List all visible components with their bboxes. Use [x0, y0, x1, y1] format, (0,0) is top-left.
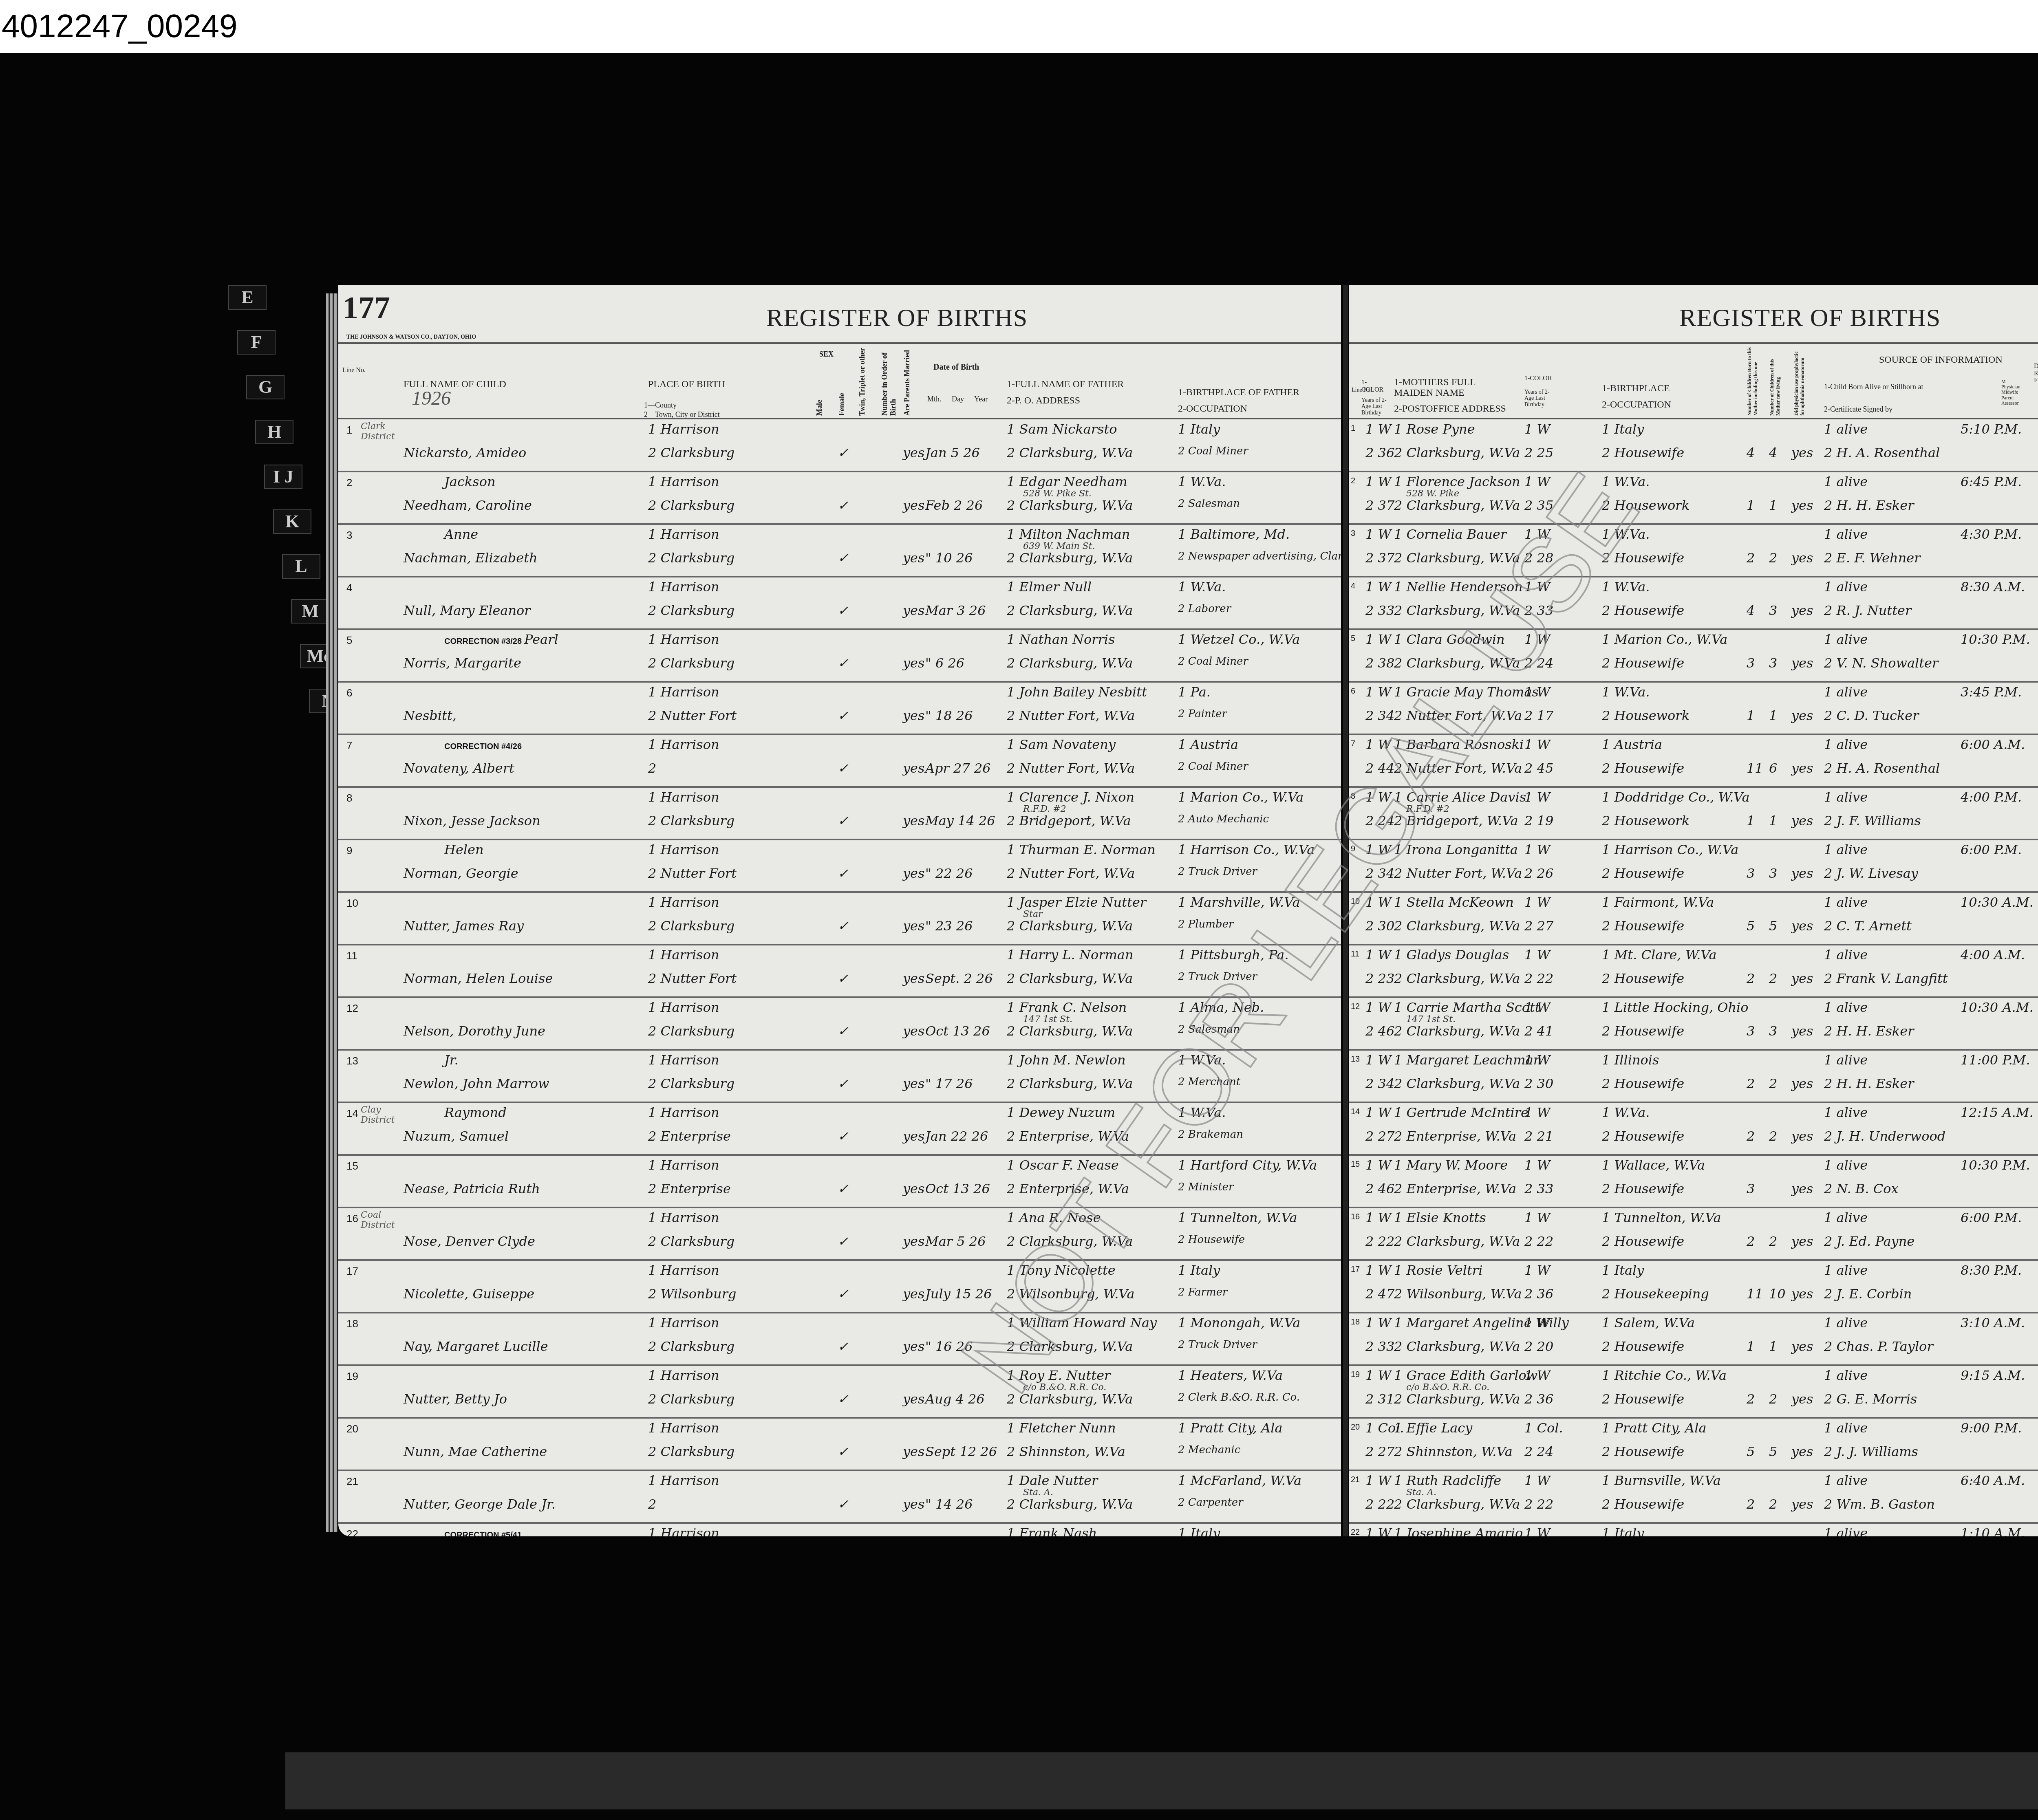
- mother-birthplace: 1 Illinois: [1602, 1052, 1659, 1076]
- mother-color: 1 W: [1524, 1473, 1550, 1496]
- mother-address: 2 Enterprise, W.Va: [1394, 1128, 1516, 1152]
- birth-time: 8:30 P.M.: [1961, 1263, 2022, 1286]
- mother-color: 1 W: [1524, 1157, 1550, 1181]
- birth-status: 1 alive: [1824, 527, 1868, 550]
- prophylactic-used: yes: [1791, 1128, 1813, 1152]
- mother-occupation: 2 Housewife: [1602, 655, 1684, 679]
- father-address: 2 Nutter Fort, W.Va: [1007, 866, 1135, 889]
- birth-status: 1 alive: [1824, 1052, 1868, 1076]
- prophylactic-used: yes: [1791, 708, 1813, 732]
- table-row: 101 W2 301 Stella McKeown2 Clarksburg, W…: [1349, 893, 2038, 945]
- date-of-birth: Mar 3 26: [925, 603, 986, 626]
- birth-status: 1 alive: [1824, 1315, 1868, 1339]
- prophylactic-used: yes: [1791, 655, 1813, 679]
- table-row: 31 W2 371 Cornelia Bauer2 Clarksburg, W.…: [1349, 525, 2038, 577]
- parents-married: yes: [903, 708, 924, 732]
- prophylactic-used: yes: [1791, 1286, 1813, 1310]
- line-number: 7: [1351, 739, 1355, 749]
- female-check-icon: ✓: [838, 918, 849, 942]
- mother-birthplace: 1 Harrison Co., W.Va: [1602, 842, 1738, 866]
- mother-age: 2 22: [1524, 1234, 1553, 1257]
- mother-color: 1 W: [1524, 1315, 1550, 1339]
- birth-time: 11:00 P.M.: [1961, 1052, 2030, 1076]
- children-born: 5: [1747, 1444, 1755, 1467]
- birth-town: 2 Clarksburg: [648, 918, 734, 942]
- parents-married: yes: [903, 866, 924, 889]
- mother-birthplace: 1 Wallace, W.Va: [1602, 1157, 1705, 1181]
- father-color: 1 W: [1365, 1052, 1391, 1076]
- certificate-signer: 2 V. N. Showalter: [1824, 655, 1938, 679]
- children-living: 4: [1769, 445, 1777, 469]
- line-number: 13: [346, 1055, 358, 1067]
- prophylactic-used: yes: [1791, 550, 1813, 574]
- birth-status: 1 alive: [1824, 421, 1868, 445]
- birth-town: 2 Enterprise: [648, 1128, 731, 1152]
- birth-town: 2: [648, 760, 656, 784]
- child-name-note: Helen: [444, 842, 484, 866]
- child-name: Needham, Caroline: [404, 498, 532, 521]
- birth-county: 1 Harrison: [648, 1315, 719, 1339]
- register-year: 1926: [412, 387, 451, 410]
- mother-name: 1 Margaret Leachman: [1394, 1052, 1542, 1076]
- mother-address: 2 Clarksburg, W.Va: [1394, 1234, 1520, 1257]
- date-of-birth: Oct 13 26: [925, 1023, 990, 1047]
- mother-name: 1 Effie Lacy: [1394, 1420, 1472, 1444]
- table-row: 18Nay, Margaret Lucille1 Harrison2 Clark…: [338, 1313, 1341, 1366]
- index-tab[interactable]: E: [228, 285, 267, 310]
- index-tab[interactable]: M: [291, 599, 329, 624]
- birth-time: 10:30 A.M.: [1961, 1000, 2034, 1023]
- table-row: 16Coal DistrictNose, Denver Clyde1 Harri…: [338, 1208, 1341, 1261]
- certificate-signer: 2 C. D. Tucker: [1824, 708, 1919, 732]
- line-number: 8: [346, 792, 352, 804]
- prophylactic-used: yes: [1791, 813, 1813, 837]
- birth-time: 6:45 P.M.: [1961, 474, 2022, 498]
- child-name-note: Jackson: [444, 474, 496, 498]
- father-birthplace: 1 Italy: [1178, 1263, 1220, 1286]
- birth-county: 1 Harrison: [648, 1157, 719, 1181]
- birth-time: 6:00 A.M.: [1961, 737, 2025, 760]
- district-label: Clay District: [361, 1105, 397, 1128]
- father-birthplace: 1 W.Va.: [1178, 579, 1226, 603]
- children-born: 2: [1747, 971, 1755, 994]
- father-age: 2 22: [1365, 1496, 1394, 1520]
- line-number: 14: [346, 1107, 358, 1120]
- birth-county: 1 Harrison: [648, 789, 719, 813]
- mother-address: 2 Clarksburg, W.Va: [1394, 1076, 1520, 1099]
- mother-color: 1 W: [1524, 1263, 1550, 1286]
- prophylactic-used: yes: [1791, 918, 1813, 942]
- children-born: 1: [1747, 1339, 1755, 1362]
- mother-color: 1 W: [1524, 789, 1550, 813]
- mother-name: 1 Rose Pyne: [1394, 421, 1475, 445]
- mother-address: 2 Wilsonburg, W.Va: [1394, 1286, 1522, 1310]
- child-name-note: Anne: [444, 527, 478, 550]
- birth-status: 1 alive: [1824, 1210, 1868, 1234]
- father-birthplace: 1 Pratt City, Ala: [1178, 1420, 1283, 1444]
- line-number: 12: [346, 1002, 358, 1015]
- children-born: 1: [1747, 708, 1755, 732]
- table-row: 2JacksonNeedham, Caroline1 Harrison2 Cla…: [338, 472, 1341, 525]
- birth-status: 1 alive: [1824, 1525, 1868, 1536]
- mother-age: 2 24: [1524, 1444, 1553, 1467]
- birth-town: 2 Clarksburg: [648, 1076, 734, 1099]
- certificate-signer: 2 G. E. Morris: [1824, 1391, 1917, 1415]
- children-living: 3: [1769, 655, 1777, 679]
- table-row: 4Null, Mary Eleanor1 Harrison2 Clarksbur…: [338, 577, 1341, 630]
- certificate-signer: 2 J. Ed. Payne: [1824, 1234, 1914, 1257]
- child-name-note: CORRECTION #5/41: [444, 1525, 524, 1536]
- father-color: 1 W: [1365, 1525, 1391, 1536]
- children-born: 4: [1747, 603, 1755, 626]
- date-of-birth: " 6 26: [925, 655, 964, 679]
- children-living: 3: [1769, 603, 1777, 626]
- line-number: 2: [1351, 476, 1355, 486]
- children-living: 2: [1769, 1391, 1777, 1415]
- father-age: 2 37: [1365, 498, 1394, 521]
- correction-stamp: CORRECTION #3/28: [444, 637, 522, 646]
- birth-county: 1 Harrison: [648, 1525, 719, 1536]
- birth-time: 10:30 P.M.: [1961, 1157, 2030, 1181]
- father-address: 2 Clarksburg, W.Va: [1007, 971, 1133, 994]
- prophylactic-used: yes: [1791, 445, 1813, 469]
- children-living: 2: [1769, 1234, 1777, 1257]
- date-of-birth: Sept. 2 26: [925, 971, 993, 994]
- table-row: 8Nixon, Jesse Jackson1 Harrison2 Clarksb…: [338, 788, 1341, 840]
- certificate-signer: 2 J. E. Corbin: [1824, 1286, 1912, 1310]
- mother-occupation: 2 Housewife: [1602, 1496, 1684, 1520]
- birth-county: 1 Harrison: [648, 579, 719, 603]
- certificate-signer: 2 H. A. Rosenthal: [1824, 760, 1940, 784]
- certificate-signer: 2 Wm. B. Gaston: [1824, 1496, 1935, 1520]
- mother-occupation: 2 Housewife: [1602, 1339, 1684, 1362]
- date-of-birth: May 14 26: [925, 813, 995, 837]
- index-tab[interactable]: G: [246, 375, 285, 399]
- birth-status: 1 alive: [1824, 1000, 1868, 1023]
- father-color: 1 W: [1365, 1000, 1391, 1023]
- father-birthplace: 1 Baltimore, Md.: [1178, 527, 1290, 550]
- mother-age: 2 45: [1524, 760, 1553, 784]
- father-address: 2 Clarksburg, W.Va: [1007, 498, 1133, 521]
- certificate-signer: 2 H. H. Esker: [1824, 498, 1914, 521]
- mother-color: 1 W: [1524, 1052, 1550, 1076]
- children-born: 3: [1747, 866, 1755, 889]
- father-occupation: 2 Newspaper advertising, Clarksburg W.Va: [1178, 550, 1341, 574]
- female-check-icon: ✓: [838, 866, 849, 889]
- father-birthplace: 1 Heaters, W.Va: [1178, 1368, 1283, 1391]
- children-born: 1: [1747, 498, 1755, 521]
- index-tab[interactable]: I J: [264, 465, 302, 489]
- line-number: 20: [1351, 1423, 1360, 1432]
- father-birthplace: 1 Tunnelton, W.Va: [1178, 1210, 1297, 1234]
- mother-birthplace: 1 Italy: [1602, 421, 1644, 445]
- mother-color: 1 W: [1524, 895, 1550, 918]
- female-check-icon: ✓: [838, 971, 849, 994]
- parents-married: yes: [903, 655, 924, 679]
- father-occupation: 2 Painter: [1178, 708, 1227, 732]
- certificate-signer: 2 Frank V. Langfitt: [1824, 971, 1948, 994]
- prophylactic-used: yes: [1791, 1181, 1813, 1205]
- mother-color: 1 Col.: [1524, 1420, 1563, 1444]
- female-check-icon: ✓: [838, 603, 849, 626]
- prophylactic-used: yes: [1791, 1023, 1813, 1047]
- header-female: Female: [838, 346, 846, 416]
- child-name-note: CORRECTION #4/26: [444, 737, 524, 760]
- father-name: 1 John M. Newlon: [1007, 1052, 1126, 1076]
- line-number: 6: [346, 687, 352, 699]
- father-color: 1 W: [1365, 474, 1391, 498]
- birth-status: 1 alive: [1824, 895, 1868, 918]
- prophylactic-used: yes: [1791, 1444, 1813, 1467]
- parents-married: yes: [903, 971, 924, 994]
- table-row: 10Nutter, James Ray1 Harrison2 Clarksbur…: [338, 893, 1341, 945]
- mother-age: 2 19: [1524, 813, 1553, 837]
- children-living: 3: [1769, 1023, 1777, 1047]
- mother-address: 2 Shinnston, W.Va: [1394, 1444, 1513, 1467]
- correction-stamp: CORRECTION #4/26: [444, 742, 522, 751]
- line-number: 5: [1351, 634, 1355, 643]
- female-check-icon: ✓: [838, 1391, 849, 1415]
- child-name: Nease, Patricia Ruth: [404, 1181, 540, 1205]
- children-living: 2: [1769, 1496, 1777, 1520]
- father-color: 1 W: [1365, 527, 1391, 550]
- mother-birthplace: 1 Italy: [1602, 1525, 1644, 1536]
- birth-county: 1 Harrison: [648, 1263, 719, 1286]
- mother-birthplace: 1 Mt. Clare, W.Va: [1602, 947, 1717, 971]
- line-number: 10: [346, 897, 358, 910]
- table-row: 6Nesbitt,1 Harrison2 Nutter Fort✓yes" 18…: [338, 683, 1341, 735]
- index-tab[interactable]: K: [273, 509, 311, 534]
- birth-town: 2 Wilsonburg: [648, 1286, 737, 1310]
- mother-occupation: 2 Housewife: [1602, 971, 1684, 994]
- date-of-birth: Oct 13 26: [925, 1181, 990, 1205]
- father-color: 1 W: [1365, 579, 1391, 603]
- table-row: 211 W2 221 Ruth RadcliffeSta. A.2 Clarks…: [1349, 1471, 2038, 1524]
- mother-occupation: 2 Housewife: [1602, 866, 1684, 889]
- father-age: 2 37: [1365, 550, 1394, 574]
- table-row: 181 W2 331 Margaret Angeline Willy2 Clar…: [1349, 1313, 2038, 1366]
- line-number: 1: [1351, 424, 1355, 433]
- birth-time: 4:00 A.M.: [1961, 947, 2025, 971]
- parents-married: yes: [903, 1339, 924, 1362]
- birth-time: 5:10 P.M.: [1961, 421, 2022, 445]
- father-name: 1 Elmer Null: [1007, 579, 1092, 603]
- children-living: 1: [1769, 708, 1777, 732]
- birth-town: 2 Clarksburg: [648, 1391, 734, 1415]
- certificate-signer: 2 H. H. Esker: [1824, 1023, 1914, 1047]
- birth-town: 2 Clarksburg: [648, 1339, 734, 1362]
- birth-time: 10:30 P.M.: [1961, 632, 2030, 655]
- birth-town: 2 Clarksburg: [648, 1234, 734, 1257]
- header-twin: Twin, Triplet or other: [858, 346, 867, 416]
- female-check-icon: ✓: [838, 760, 849, 784]
- birth-county: 1 Harrison: [648, 684, 719, 708]
- mother-name: 1 Stella McKeown: [1394, 895, 1514, 918]
- father-occupation: 2 Auto Mechanic: [1178, 813, 1269, 837]
- birth-time: 1:10 A.M.: [1961, 1525, 2025, 1536]
- father-address: 2 Clarksburg, W.Va: [1007, 1023, 1133, 1047]
- mother-color: 1 W: [1524, 737, 1550, 760]
- date-of-birth: Mar 5 26: [925, 1234, 986, 1257]
- line-number: 14: [1351, 1107, 1360, 1117]
- date-of-birth: Jan 5 26: [925, 445, 980, 469]
- father-occupation: 2 Housewife: [1178, 1234, 1245, 1257]
- mother-age: 2 26: [1524, 866, 1553, 889]
- child-name-note: Raymond: [444, 1105, 507, 1128]
- mother-age: 2 22: [1524, 971, 1553, 994]
- children-living: 3: [1769, 866, 1777, 889]
- child-name: Norman, Helen Louise: [404, 971, 553, 994]
- father-name: 1 Sam Nickarsto: [1007, 421, 1117, 445]
- index-tab[interactable]: F: [237, 330, 276, 355]
- child-name: Nesbitt,: [404, 708, 457, 732]
- children-living: 10: [1769, 1286, 1786, 1310]
- female-check-icon: ✓: [838, 1181, 849, 1205]
- certificate-signer: 2 J. W. Livesay: [1824, 866, 1918, 889]
- father-name: 1 Harry L. Norman: [1007, 947, 1134, 971]
- children-born: 2: [1747, 550, 1755, 574]
- mother-occupation: 2 Housewife: [1602, 1181, 1684, 1205]
- mother-color: 1 W: [1524, 421, 1550, 445]
- date-of-birth: " 17 26: [925, 1076, 973, 1099]
- children-born: 5: [1747, 918, 1755, 942]
- child-name: Norris, Margarite: [404, 655, 521, 679]
- right-page: 177 REGISTER OF BIRTHS Line No. 1-COLOR …: [1349, 285, 2038, 1536]
- children-living: 1: [1769, 1339, 1777, 1362]
- page-title: REGISTER OF BIRTHS: [1679, 304, 1941, 333]
- mother-address: 2 Clarksburg, W.Va: [1394, 445, 1520, 469]
- table-row: 151 W2 461 Mary W. Moore2 Enterprise, W.…: [1349, 1156, 2038, 1208]
- father-occupation: 2 Salesman: [1178, 498, 1240, 521]
- certificate-signer: 2 H. H. Esker: [1824, 1076, 1914, 1099]
- children-born: 2: [1747, 1234, 1755, 1257]
- child-name: Nicolette, Guiseppe: [404, 1286, 534, 1310]
- father-color: 1 W: [1365, 947, 1391, 971]
- father-color: 1 W: [1365, 1157, 1391, 1181]
- child-name: Nickarsto, Amideo: [404, 445, 526, 469]
- birth-time: 3:10 A.M.: [1961, 1315, 2025, 1339]
- date-of-birth: Aug 4 26: [925, 1391, 985, 1415]
- mother-address: 2 Clarksburg, W.Va: [1394, 498, 1520, 521]
- mother-color: 1 W: [1524, 1368, 1550, 1391]
- line-number: 15: [346, 1160, 358, 1172]
- birth-town: 2 Clarksburg: [648, 498, 734, 521]
- date-of-birth: Jan 22 26: [925, 1128, 988, 1152]
- date-of-birth: Apr 27 26: [925, 760, 991, 784]
- birth-town: 2 Enterprise: [648, 1181, 731, 1205]
- birth-county: 1 Harrison: [648, 474, 719, 498]
- mother-birthplace: 1 Italy: [1602, 1263, 1644, 1286]
- parents-married: yes: [903, 1444, 924, 1467]
- child-name-note: Jr.: [444, 1052, 459, 1076]
- birth-town: 2 Clarksburg: [648, 813, 734, 837]
- mother-address: 2 Clarksburg, W.Va: [1394, 1496, 1520, 1520]
- father-address: 2 Clarksburg, W.Va: [1007, 445, 1133, 469]
- father-name: 1 Nathan Norris: [1007, 632, 1115, 655]
- father-color: 1 W: [1365, 1368, 1391, 1391]
- father-name: 1 Fletcher Nunn: [1007, 1420, 1116, 1444]
- children-born: 4: [1747, 445, 1755, 469]
- father-color: 1 W: [1365, 1105, 1391, 1128]
- birth-status: 1 alive: [1824, 789, 1868, 813]
- line-number: 18: [1351, 1318, 1360, 1327]
- female-check-icon: ✓: [838, 1286, 849, 1310]
- female-check-icon: ✓: [838, 708, 849, 732]
- mother-name: 1 Cornelia Bauer: [1394, 527, 1506, 550]
- father-occupation: 2 Carpenter: [1178, 1496, 1243, 1520]
- birth-status: 1 alive: [1824, 1473, 1868, 1496]
- prophylactic-used: yes: [1791, 866, 1813, 889]
- child-name: Nay, Margaret Lucille: [404, 1339, 548, 1362]
- table-row: 111 W2 231 Gladys Douglas2 Clarksburg, W…: [1349, 945, 2038, 998]
- header-prophylactic: Did physician use prophylactic for ophth…: [1793, 346, 1806, 416]
- children-living: 1: [1769, 813, 1777, 837]
- birth-status: 1 alive: [1824, 1420, 1868, 1444]
- mother-name: 1 Josephine Amario: [1394, 1525, 1523, 1536]
- line-number: 2: [346, 476, 352, 489]
- certificate-signer: 2 H. A. Rosenthal: [1824, 445, 1940, 469]
- table-row: 9HelenNorman, Georgie1 Harrison2 Nutter …: [338, 840, 1341, 893]
- certificate-signer: 2 J. J. Williams: [1824, 1444, 1918, 1467]
- line-number: 11: [346, 950, 357, 962]
- prophylactic-used: yes: [1791, 603, 1813, 626]
- page-number: 177: [342, 289, 390, 326]
- birth-county: 1 Harrison: [648, 1368, 719, 1391]
- table-row: 7CORRECTION #4/26Novateny, Albert1 Harri…: [338, 735, 1341, 788]
- date-of-birth: " 23 26: [925, 918, 973, 942]
- birth-county: 1 Harrison: [648, 1000, 719, 1023]
- line-number: 16: [346, 1212, 358, 1225]
- date-of-birth: " 22 26: [925, 866, 973, 889]
- father-color: 1 W: [1365, 1473, 1391, 1496]
- children-born: 3: [1747, 655, 1755, 679]
- children-living: 2: [1769, 1076, 1777, 1099]
- birth-time: 10:30 A.M.: [1961, 895, 2034, 918]
- father-age: 2 36: [1365, 445, 1394, 469]
- child-name: Nutter, James Ray: [404, 918, 524, 942]
- mother-address: 2 Enterprise, W.Va: [1394, 1181, 1516, 1205]
- line-number: 1: [346, 424, 352, 436]
- birth-town: 2: [648, 1496, 656, 1520]
- father-birthplace: 1 Italy: [1178, 1525, 1220, 1536]
- mother-occupation: 2 Housewife: [1602, 1391, 1684, 1415]
- line-number: 21: [346, 1475, 358, 1488]
- line-number: 3: [1351, 529, 1355, 538]
- mother-age: 2 33: [1524, 1181, 1553, 1205]
- prophylactic-used: yes: [1791, 1339, 1813, 1362]
- child-name: Nelson, Dorothy June: [404, 1023, 545, 1047]
- birth-status: 1 alive: [1824, 1263, 1868, 1286]
- mother-occupation: 2 Housewife: [1602, 1234, 1684, 1257]
- father-birthplace: 1 McFarland, W.Va: [1178, 1473, 1301, 1496]
- father-occupation: 2 Coal Miner: [1178, 760, 1248, 784]
- line-number: 20: [346, 1423, 358, 1435]
- birth-time: 12:15 A.M.: [1961, 1105, 2034, 1128]
- children-born: 3: [1747, 1023, 1755, 1047]
- index-tab[interactable]: H: [255, 420, 293, 444]
- mother-birthplace: 1 Doddridge Co., W.Va: [1602, 789, 1749, 813]
- page-title: REGISTER OF BIRTHS: [766, 304, 1028, 333]
- birth-time: 6:00 P.M.: [1961, 1210, 2022, 1234]
- mother-birthplace: 1 Pratt City, Ala: [1602, 1420, 1707, 1444]
- index-tab[interactable]: L: [282, 554, 320, 579]
- birth-status: 1 alive: [1824, 632, 1868, 655]
- table-row: 3AnneNachman, Elizabeth1 Harrison2 Clark…: [338, 525, 1341, 577]
- header-rule: [338, 342, 1341, 344]
- line-number: 13: [1351, 1055, 1360, 1064]
- table-row: 91 W2 341 Irona Longanitta2 Nutter Fort,…: [1349, 840, 2038, 893]
- father-birthplace: 1 W.Va.: [1178, 474, 1226, 498]
